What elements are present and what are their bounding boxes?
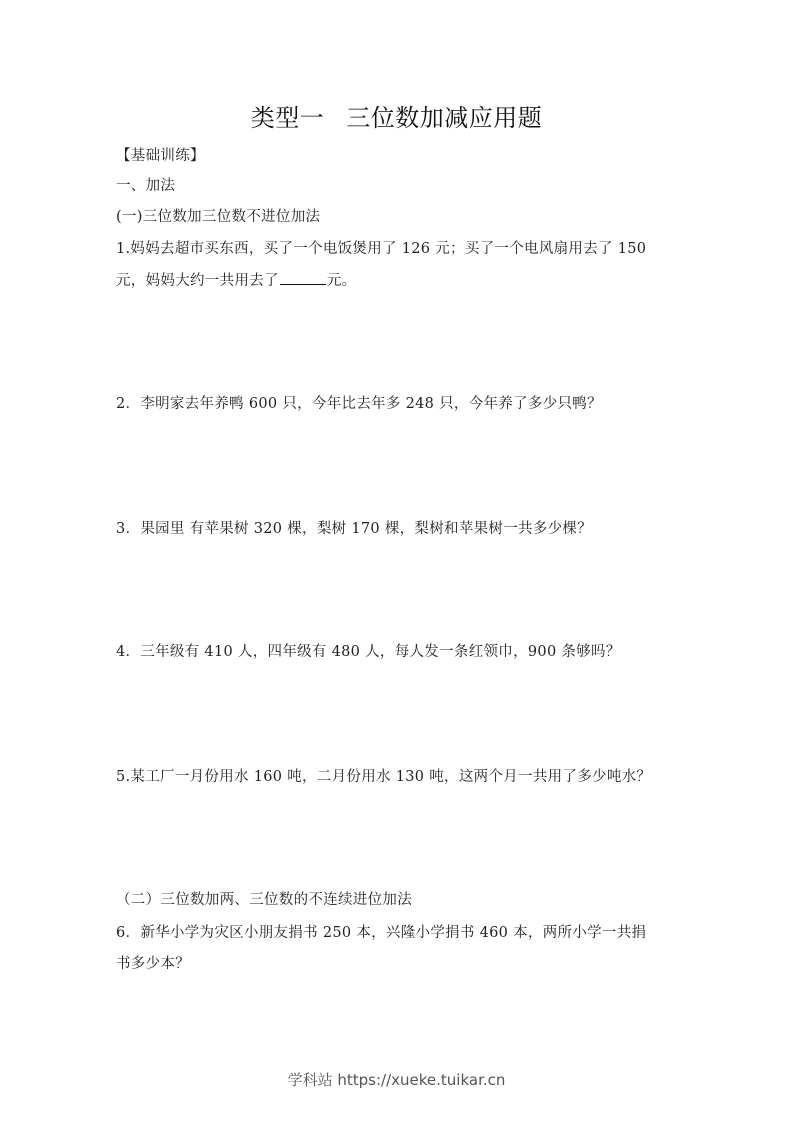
footer-watermark: 学科站 https://xueke.tuikar.cn — [0, 1069, 793, 1091]
title-topic: 三位数加减应用题 — [346, 104, 542, 132]
question-6-line-2: 书多少本？ — [116, 954, 190, 974]
question-1-prompt: 元，妈妈大约一共用去了 — [116, 273, 279, 289]
question-1-line-1: 1.妈妈去超市买东西，买了一个电饭煲用了 126 元；买了一个电风扇用去了 15… — [116, 239, 646, 259]
question-5: 5.某工厂一月份用水 160 吨，二月份用水 130 吨，这两个月一共用了多少吨… — [116, 767, 651, 787]
question-6-line-1: 6．新华小学为灾区小朋友捐书 250 本，兴隆小学捐书 460 本，两所小学一共… — [116, 923, 646, 943]
subheading-non-consecutive-carry: （二）三位数加两、三位数的不连续进位加法 — [116, 890, 412, 910]
question-1-unit: 元。 — [327, 273, 357, 289]
question-4: 4．三年级有 410 人，四年级有 480 人，每人发一条红领巾，900 条够吗… — [116, 642, 621, 662]
title-type: 类型一 — [251, 104, 325, 132]
section-label: 【基础训练】 — [116, 146, 205, 166]
question-2: 2．李明家去年养鸭 600 只，今年比去年多 248 只，今年养了多少只鸭？ — [116, 394, 602, 414]
page-title: 类型一三位数加减应用题 — [0, 100, 793, 136]
question-1-line-2: 元，妈妈大约一共用去了元。 — [116, 270, 356, 291]
heading-addition: 一、加法 — [116, 176, 175, 196]
subheading-no-carry: (一)三位数加三位数不进位加法 — [116, 207, 320, 227]
answer-blank[interactable] — [280, 270, 326, 285]
question-3: 3．果园里 有苹果树 320 棵，梨树 170 棵，梨树和苹果树一共多少棵？ — [116, 519, 592, 539]
